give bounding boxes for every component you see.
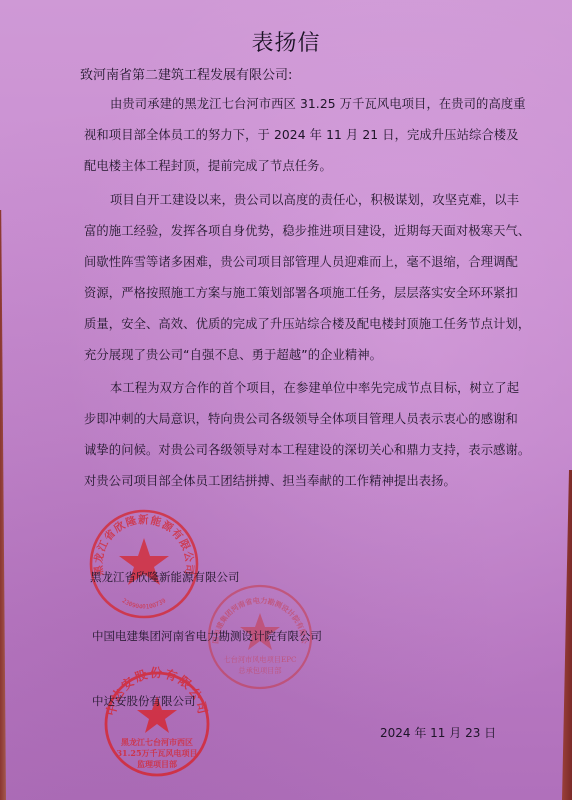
stamp-inner-text-1: 黑龙江七台河市西区 — [121, 737, 193, 747]
paragraph-3: 本工程为双方合作的首个项目，在参建单位中率先完成节点目标，树立了起 步即冲刺的大… — [84, 373, 504, 497]
paragraph-line: 资源，严格按照施工方案与施工策划部署各项施工任务，层层落实安全环环紧扣 — [84, 278, 504, 309]
supervision-seal-zhongda: 中达安股份有限公司 黑龙江七台河市西区 31.25万千瓦风电项目 监理项目部 — [103, 670, 211, 778]
paragraph-line: 步即冲刺的大局意识，特向贵公司各级领导全体项目管理人员表示衷心的感谢和 — [84, 404, 504, 435]
paragraph-line: 对贵公司项目部全体员工团结拼搏、担当奉献的工作精神提出表扬。 — [84, 466, 504, 497]
letter-date: 2024 年 11 月 23 日 — [380, 724, 496, 741]
paragraph-line: 诚挚的问候。对贵公司各级领导对本工程建设的深切关心和鼎力支持，表示感谢。 — [84, 435, 504, 466]
salutation: 致河南省第二建筑工程发展有限公司: — [80, 64, 292, 83]
stamp-inner-text-2: 总承包项目部 — [238, 666, 281, 675]
paragraph-line: 质量，安全、高效、优质的完成了升压站综合楼及配电楼封顶施工任务节点计划， — [84, 309, 504, 340]
paragraph-line: 间歇性阵雪等诸多困难，贵公司项目部管理人员迎难而上，毫不退缩，合理调配 — [84, 247, 504, 278]
page-edge-right — [562, 470, 572, 800]
paragraph-1: 由贵司承建的黑龙江七台河市西区 31.25 万千瓦风电项目，在贵司的高度重 视和… — [84, 89, 504, 182]
paragraph-line: 项目自开工建设以来，贵公司以高度的责任心，积极谋划，攻坚克难，以丰 — [84, 185, 504, 216]
letter-page: 表扬信 致河南省第二建筑工程发展有限公司: 由贵司承建的黑龙江七台河市西区 31… — [0, 0, 572, 800]
paragraph-line: 配电楼主体工程封顶，提前完成了节点任务。 — [84, 151, 504, 182]
svg-text:2309040100739: 2309040100739 — [121, 597, 168, 611]
paragraph-line: 视和项目部全体员工的努力下，于 2024 年 11 月 21 日，完成升压站综合… — [84, 120, 504, 151]
company-seal-xinlong: 黑龙江省欣隆新能源有限公司 2309040100739 — [88, 508, 200, 620]
signatory-zhongda: 中达安股份有限公司 — [92, 693, 196, 709]
stamp-code-text: 2309040100739 — [121, 597, 168, 611]
stamp-inner-text-3: 监理项目部 — [137, 759, 177, 769]
paragraph-2: 项目自开工建设以来，贵公司以高度的责任心，积极谋划，攻坚克难，以丰 富的施工经验… — [84, 185, 504, 371]
stamp-inner-text-2: 31.25万千瓦风电项目 — [116, 748, 197, 758]
stamp-inner-text-1: 七台河市风电项目EPC — [223, 655, 297, 664]
signatory-xinlong: 黑龙江省欣隆新能源有限公司 — [90, 569, 240, 585]
paragraph-line: 富的施工经验，发挥各项自身优势，稳步推进项目建设，近期每天面对极寒天气、 — [84, 216, 504, 247]
document-title: 表扬信 — [0, 26, 572, 57]
signatory-henan-power: 中国电建集团河南省电力勘测设计院有限公司 — [92, 628, 322, 644]
paragraph-line: 由贵司承建的黑龙江七台河市西区 31.25 万千瓦风电项目，在贵司的高度重 — [84, 89, 504, 120]
page-edge-left — [0, 210, 6, 800]
paragraph-line: 本工程为双方合作的首个项目，在参建单位中率先完成节点目标，树立了起 — [84, 373, 504, 404]
paragraph-line: 充分展现了贵公司“自强不息、勇于超越”的企业精神。 — [84, 340, 504, 371]
